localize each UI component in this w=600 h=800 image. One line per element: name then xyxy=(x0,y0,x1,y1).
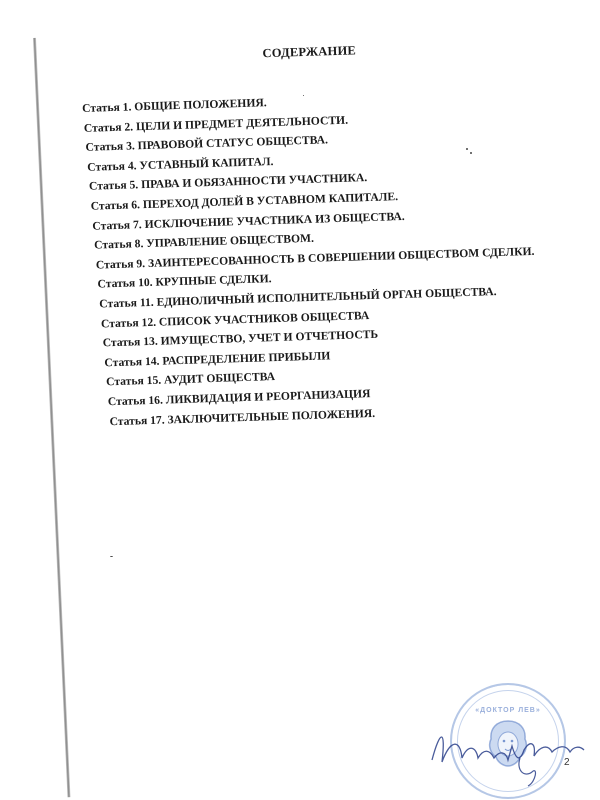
toc-article-number: Статья 4. xyxy=(87,159,137,174)
toc-article-number: Статья 10. xyxy=(97,276,152,291)
scan-speck xyxy=(303,95,304,96)
document-content: СОДЕРЖАНИЕ Статья 1. ОБЩИЕ ПОЛОЖЕНИЯ.Ста… xyxy=(80,25,560,40)
scan-speck xyxy=(110,556,113,557)
toc-heading: ОБЩИЕ ПОЛОЖЕНИЯ. xyxy=(134,96,267,113)
toc-article-number: Статья 15. xyxy=(106,374,161,389)
binding-shadow-line xyxy=(33,38,70,797)
toc-article-number: Статья 14. xyxy=(104,354,159,369)
table-of-contents: Статья 1. ОБЩИЕ ПОЛОЖЕНИЯ.Статья 2. ЦЕЛИ… xyxy=(82,88,540,435)
toc-article-number: Статья 11. xyxy=(99,296,154,311)
toc-heading: АУДИТ ОБЩЕСТВА xyxy=(164,370,275,386)
toc-heading: КРУПНЫЕ СДЕЛКИ. xyxy=(155,272,271,289)
scan-speck xyxy=(470,152,472,154)
page-number: 2 xyxy=(564,757,570,768)
toc-article-number: Статья 1. xyxy=(82,100,132,115)
toc-article-number: Статья 17. xyxy=(109,413,164,428)
toc-article-number: Статья 16. xyxy=(108,393,163,408)
toc-heading: УСТАВНЫЙ КАПИТАЛ. xyxy=(139,155,273,172)
toc-article-number: Статья 13. xyxy=(103,335,158,350)
toc-article-number: Статья 9. xyxy=(96,257,146,272)
scanned-page: СОДЕРЖАНИЕ Статья 1. ОБЩИЕ ПОЛОЖЕНИЯ.Ста… xyxy=(0,0,600,800)
signature-icon xyxy=(420,700,590,790)
scan-speck xyxy=(466,148,468,150)
toc-article-number: Статья 7. xyxy=(92,218,142,233)
toc-article-number: Статья 2. xyxy=(84,120,134,135)
toc-article-number: Статья 8. xyxy=(94,237,144,252)
toc-article-number: Статья 3. xyxy=(85,140,135,155)
toc-article-number: Статья 5. xyxy=(89,179,139,194)
toc-article-number: Статья 6. xyxy=(91,198,141,213)
page-title: СОДЕРЖАНИЕ xyxy=(262,43,356,61)
toc-article-number: Статья 12. xyxy=(101,315,156,330)
